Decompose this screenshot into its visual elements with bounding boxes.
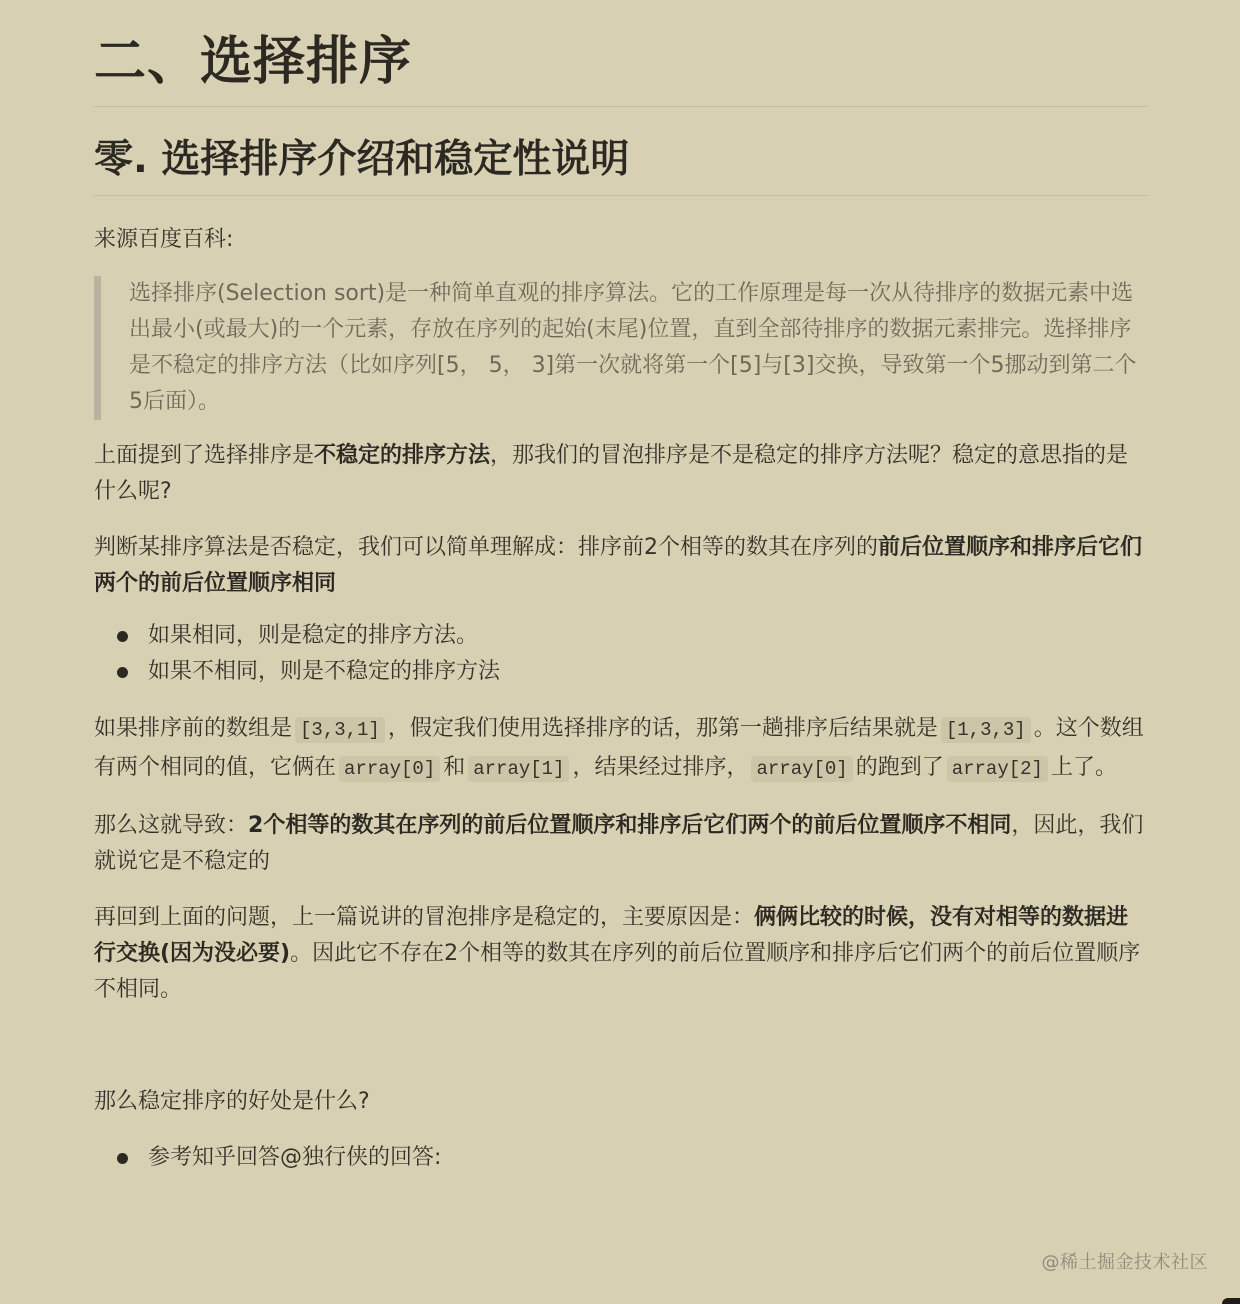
paragraph-unstable-question: 上面提到了选择排序是不稳定的排序方法，那我们的冒泡排序是不是稳定的排序方法呢？稳… xyxy=(94,438,1148,510)
bold-text: 2个相等的数其在序列的前后位置顺序和排序后它们两个的前后位置顺序不相同 xyxy=(248,813,1011,838)
document: 二、选择排序 零. 选择排序介绍和稳定性说明 来源百度百科: 选择排序(Sele… xyxy=(94,0,1148,1176)
inline-code: array[1] xyxy=(468,756,569,782)
bullet-icon xyxy=(117,631,128,642)
baike-quote: 选择排序(Selection sort)是一种简单直观的排序算法。它的工作原理是… xyxy=(94,276,1148,420)
watermark: @稀土掘金技术社区 xyxy=(1042,1248,1209,1274)
text: 上面提到了选择排序是 xyxy=(94,443,314,468)
text: 上了。 xyxy=(1051,755,1117,780)
text: 再回到上面的问题，上一篇说讲的冒泡排序是稳定的，主要原因是： xyxy=(94,905,754,930)
inline-code: array[0] xyxy=(751,756,852,782)
inline-code: array[0] xyxy=(339,756,440,782)
list-item: 如果相同，则是稳定的排序方法。 xyxy=(148,618,1148,654)
bullet-icon xyxy=(117,667,128,678)
text: 判断某排序算法是否稳定，我们可以简单理解成：排序前2个相等的数其在序列的 xyxy=(94,535,878,560)
source-label: 来源百度百科: xyxy=(94,222,1148,258)
list-item: 如果不相同，则是不稳定的排序方法 xyxy=(148,654,1148,690)
paragraph-bubble-stable: 再回到上面的问题，上一篇说讲的冒泡排序是稳定的，主要原因是：俩俩比较的时候，没有… xyxy=(94,900,1148,1008)
bold-text: 不稳定的排序方法 xyxy=(314,443,490,468)
paragraph-stability-definition: 判断某排序算法是否稳定，我们可以简单理解成：排序前2个相等的数其在序列的前后位置… xyxy=(94,530,1148,602)
text: ，假定我们使用选择排序的话，那第一趟排序后结果就是 xyxy=(388,716,938,741)
list-item-text: 如果不相同，则是不稳定的排序方法 xyxy=(148,659,500,684)
inline-code: [3,3,1] xyxy=(295,717,385,743)
text: ，结果经过排序， xyxy=(572,755,748,780)
bullet-icon xyxy=(117,1153,128,1164)
paragraph-benefit-question: 那么稳定排序的好处是什么? xyxy=(94,1084,1148,1120)
list-item-text: 参考知乎回答@独行侠的回答: xyxy=(148,1145,441,1170)
inline-code: [1,3,3] xyxy=(941,717,1031,743)
stability-list: 如果相同，则是稳定的排序方法。 如果不相同，则是不稳定的排序方法 xyxy=(94,618,1148,690)
reference-list: 参考知乎回答@独行侠的回答: xyxy=(94,1140,1148,1176)
list-item-text: 如果相同，则是稳定的排序方法。 xyxy=(148,623,478,648)
corner-decoration xyxy=(1222,1298,1240,1304)
text: 和 xyxy=(443,755,465,780)
paragraph-conclusion: 那么这就导致：2个相等的数其在序列的前后位置顺序和排序后它们两个的前后位置顺序不… xyxy=(94,808,1148,880)
text: 如果排序前的数组是 xyxy=(94,716,292,741)
list-item: 参考知乎回答@独行侠的回答: xyxy=(148,1140,1148,1176)
section-heading: 零. 选择排序介绍和稳定性说明 xyxy=(94,107,1148,196)
inline-code: array[2] xyxy=(947,756,1048,782)
paragraph-example: 如果排序前的数组是[3,3,1]，假定我们使用选择排序的话，那第一趟排序后结果就… xyxy=(94,710,1148,788)
text: 那么这就导致： xyxy=(94,813,248,838)
text: 的跑到了 xyxy=(856,755,944,780)
page-title: 二、选择排序 xyxy=(94,0,1148,107)
